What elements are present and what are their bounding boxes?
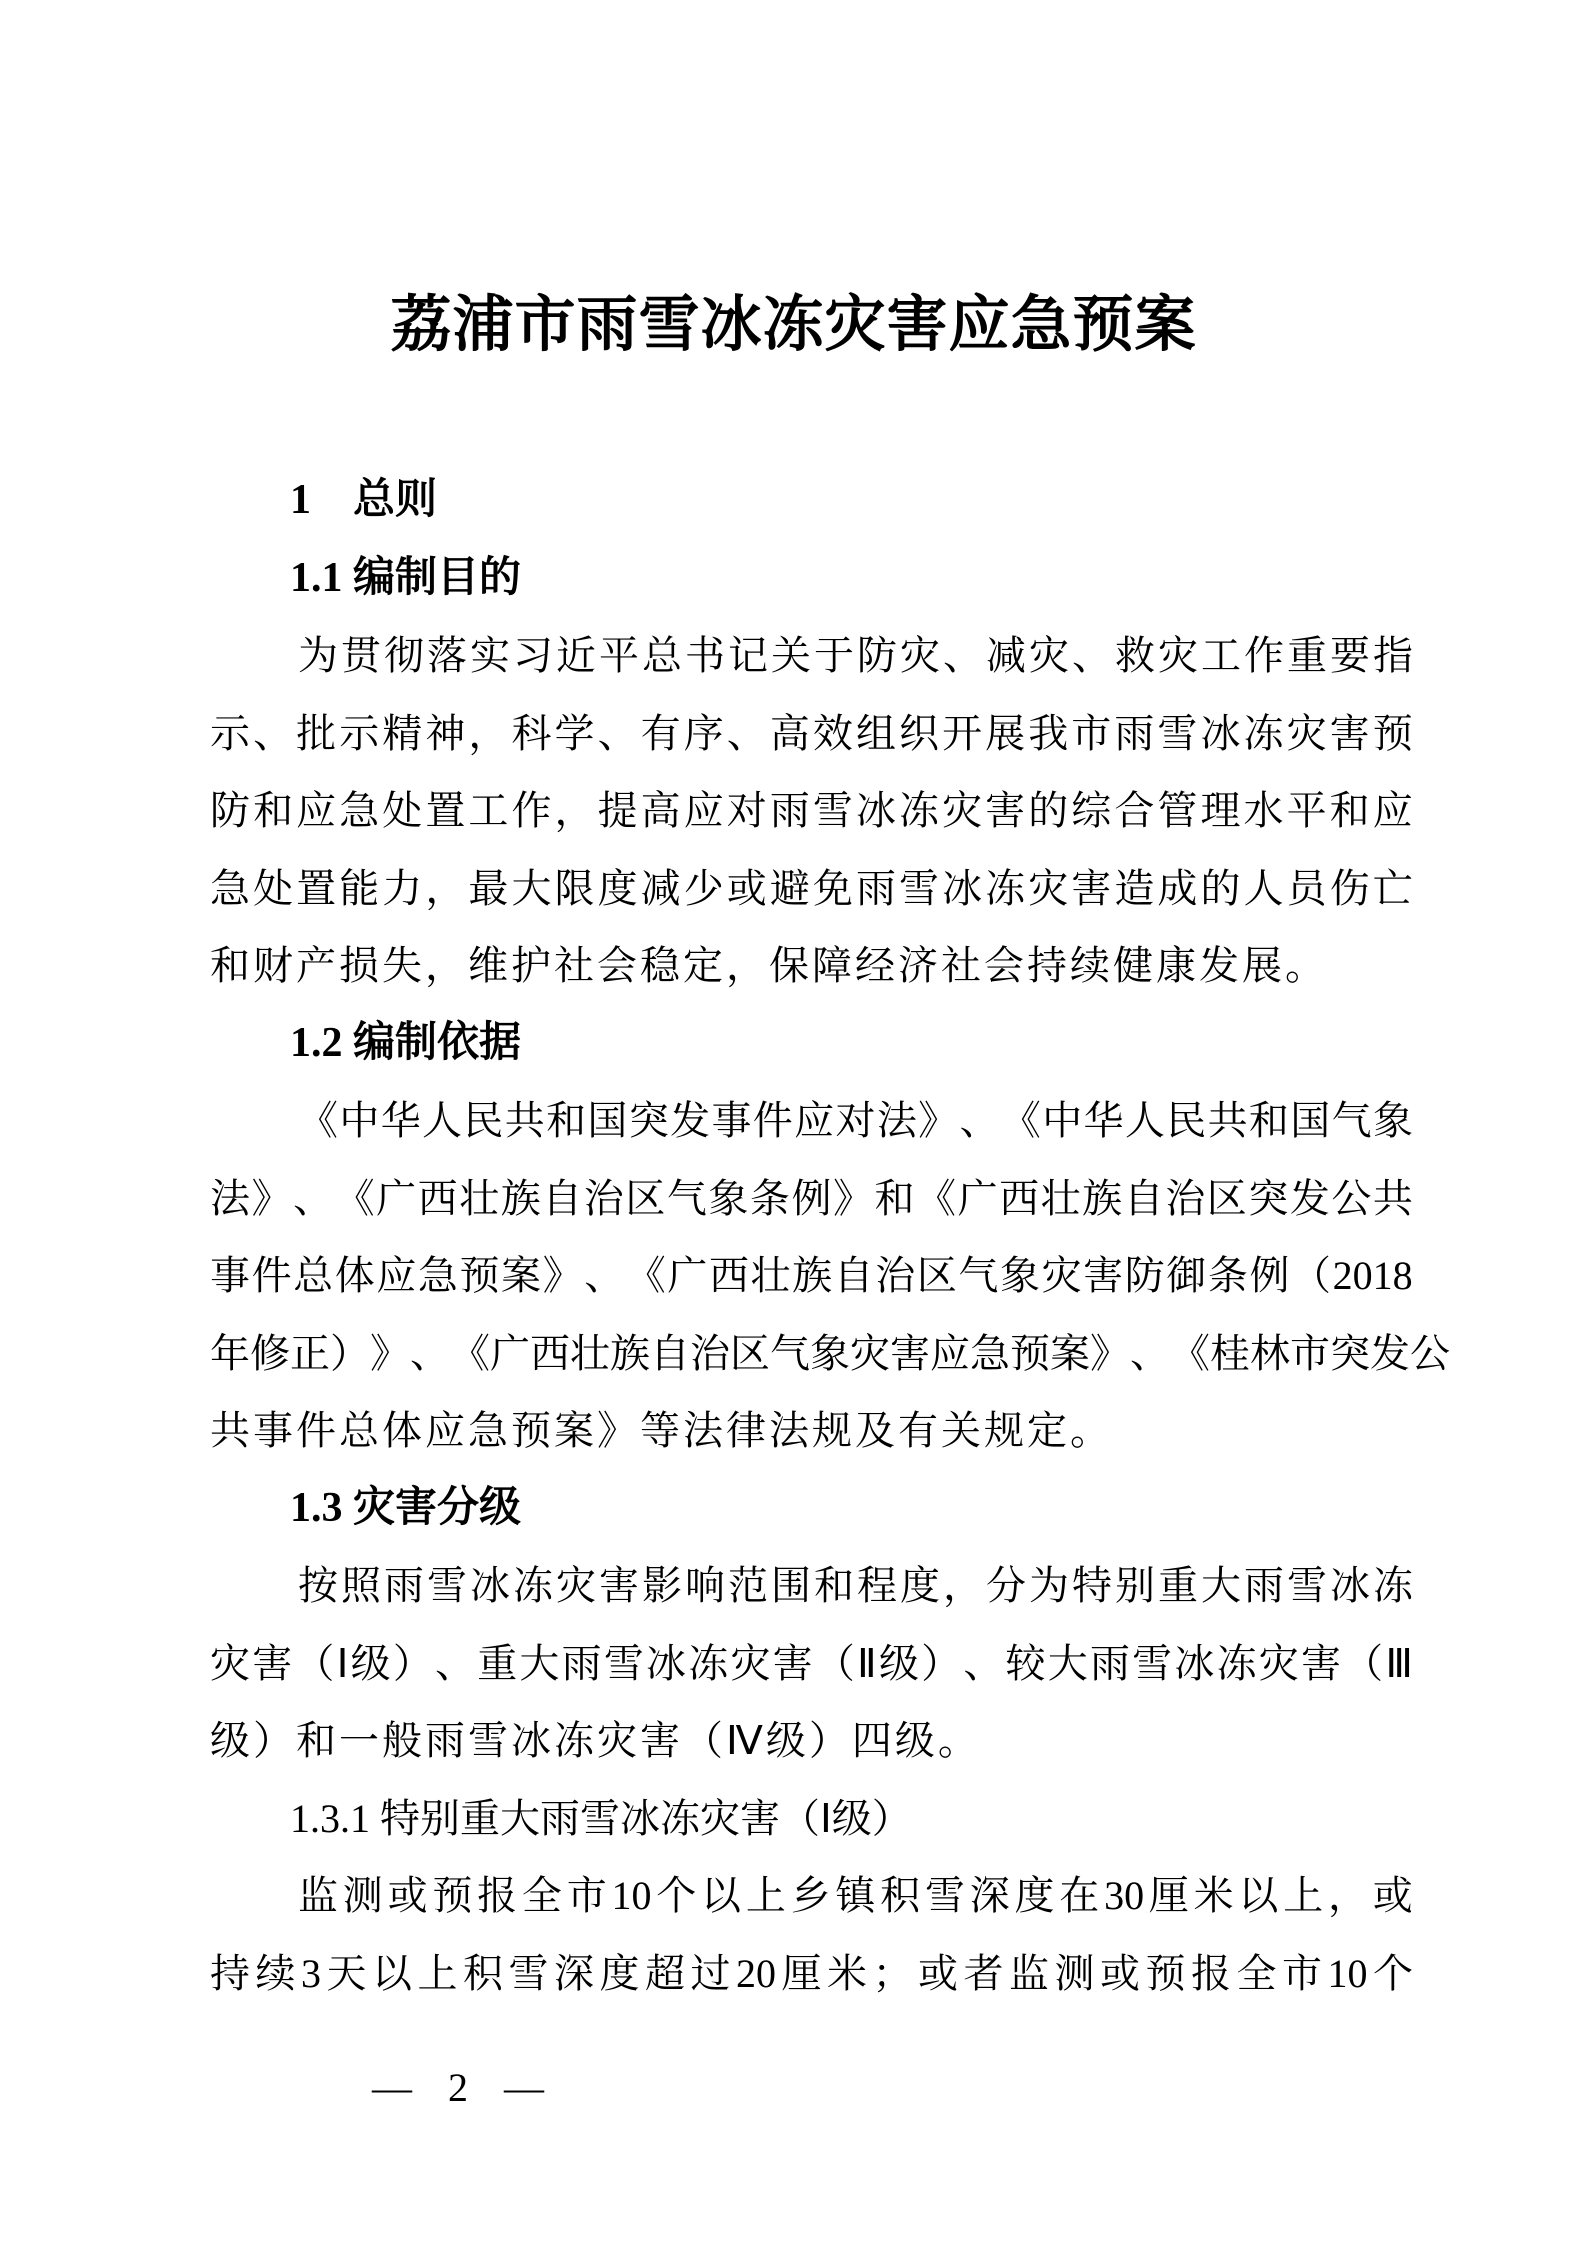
text-run: 天 bbox=[327, 1935, 367, 2013]
text-run: 上 bbox=[746, 1857, 786, 1935]
paragraph-line: 事件总体应急预案》、《广西壮族自治区气象灾害防御条例（2018 bbox=[210, 1237, 1413, 1315]
text-run: 害 bbox=[252, 1625, 292, 1703]
text-run: 年 bbox=[210, 1315, 250, 1393]
text-run: 雨 bbox=[1244, 1547, 1284, 1625]
text-run: 有 bbox=[641, 695, 681, 773]
text-run: 灾 bbox=[556, 1547, 596, 1625]
text-run: 个 bbox=[1373, 1935, 1413, 2013]
text-run: 气 bbox=[958, 1237, 998, 1315]
text-run: 突 bbox=[1330, 1315, 1370, 1393]
text-run: 雪 bbox=[509, 1935, 549, 2013]
text-run: 条 bbox=[750, 1160, 790, 1238]
text-run: 平 bbox=[599, 617, 639, 695]
text-run: 害 bbox=[1330, 695, 1370, 773]
text-run: 《 bbox=[1001, 1082, 1041, 1160]
text-run: 》 bbox=[1090, 1315, 1130, 1393]
paragraph-line: 防和应急处置工作，提高应对雨雪冰冻灾害的综合管理水平和应 bbox=[210, 772, 1413, 850]
text-run: 人 bbox=[1244, 850, 1284, 928]
text-run: ） bbox=[330, 1315, 370, 1393]
text-run: 处 bbox=[253, 850, 293, 928]
paragraph-line: 示、批示精神，科学、有序、高效组织开展我市雨雪冰冻灾害预 bbox=[210, 695, 1413, 773]
text-run: 30 bbox=[1104, 1857, 1144, 1935]
text-run: 西 bbox=[530, 1315, 570, 1393]
text-run: 作 bbox=[511, 772, 551, 850]
text-run: 区 bbox=[730, 1315, 770, 1393]
text-run: 冰 bbox=[942, 850, 982, 928]
text-run: 上 bbox=[1283, 1857, 1323, 1935]
text-run: 灾 bbox=[1028, 850, 1068, 928]
text-run: 国 bbox=[587, 1082, 627, 1160]
text-run: 或 bbox=[1100, 1935, 1140, 2013]
text-run: 国 bbox=[1290, 1082, 1330, 1160]
paragraph-line: 为贯彻落实习近平总书记关于防灾、减灾、救灾工作重要指 bbox=[210, 617, 1413, 695]
text-run: 雨 bbox=[770, 772, 810, 850]
text-run: 、 bbox=[960, 1082, 1000, 1160]
text-run: 气 bbox=[1332, 1082, 1372, 1160]
text-run: 实 bbox=[470, 617, 510, 695]
text-run: 区 bbox=[917, 1237, 957, 1315]
text-run: 或 bbox=[727, 850, 767, 928]
text-run: 应 bbox=[930, 1315, 970, 1393]
text-run: 于 bbox=[814, 617, 854, 695]
text-run: 程 bbox=[857, 1547, 897, 1625]
text-run: 过 bbox=[691, 1935, 731, 2013]
text-run: 广 bbox=[958, 1160, 998, 1238]
text-run: 贯 bbox=[341, 617, 381, 695]
text-run: 救 bbox=[1115, 617, 1155, 695]
text-run: 、 bbox=[293, 1160, 333, 1238]
text-run: 报 bbox=[1191, 1935, 1231, 2013]
text-run: 、 bbox=[410, 1315, 450, 1393]
text-run: ， bbox=[1328, 1857, 1368, 1935]
paragraph-line: 法》、《广西壮族自治区气象条例》和《广西壮族自治区突发公共 bbox=[210, 1160, 1413, 1238]
text-run: 或 bbox=[388, 1857, 428, 1935]
text-run: 示 bbox=[339, 695, 379, 773]
text-run: 指 bbox=[1373, 617, 1413, 695]
text-run: 和 bbox=[1330, 772, 1370, 850]
document-body: 1 总则1.1 编制目的为贯彻落实习近平总书记关于防灾、减灾、救灾工作重要指示、… bbox=[210, 462, 1413, 2012]
text-run: 提 bbox=[598, 772, 638, 850]
sub-section-heading: 1.3.1 特别重大雨雪冰冻灾害（Ⅰ级） bbox=[210, 1780, 1413, 1858]
text-run: 我 bbox=[1028, 695, 1068, 773]
text-run: 雨 bbox=[1090, 1625, 1130, 1703]
text-run: （ bbox=[815, 1625, 855, 1703]
text-run: 特 bbox=[1072, 1547, 1112, 1625]
text-run: 免 bbox=[813, 850, 853, 928]
text-run: 关 bbox=[771, 617, 811, 695]
text-run: 工 bbox=[468, 772, 508, 850]
text-run: 市 bbox=[1071, 695, 1111, 773]
text-run: 壮 bbox=[570, 1315, 610, 1393]
text-run: 级 bbox=[351, 1625, 391, 1703]
text-run: 、 bbox=[963, 1625, 1003, 1703]
text-run: 突 bbox=[629, 1082, 669, 1160]
text-run: 记 bbox=[728, 617, 768, 695]
text-run: 近 bbox=[556, 617, 596, 695]
text-run: 治 bbox=[875, 1237, 915, 1315]
text-run: 灾 bbox=[1287, 695, 1327, 773]
text-run: 重 bbox=[1158, 1547, 1198, 1625]
text-run: 冰 bbox=[1174, 1625, 1214, 1703]
text-run: 、 bbox=[584, 1237, 624, 1315]
text-run: 灾 bbox=[210, 1625, 250, 1703]
text-run: 雪 bbox=[1132, 1625, 1172, 1703]
text-run: 深 bbox=[970, 1857, 1010, 1935]
text-run: 乡 bbox=[791, 1857, 831, 1935]
text-run: Ⅲ bbox=[1385, 1625, 1413, 1703]
text-run: 3 bbox=[301, 1935, 321, 2013]
text-run: 的 bbox=[1028, 772, 1068, 850]
text-run: 族 bbox=[610, 1315, 650, 1393]
text-run: 按 bbox=[298, 1547, 338, 1625]
text-run: 神 bbox=[425, 695, 465, 773]
text-run: 大 bbox=[1201, 1547, 1241, 1625]
text-run: 共 bbox=[1373, 1160, 1413, 1238]
text-run: 照 bbox=[341, 1547, 381, 1625]
text-run: 雪 bbox=[899, 850, 939, 928]
section-heading: 1 总则 bbox=[210, 462, 1413, 540]
text-run: 急 bbox=[339, 772, 379, 850]
text-run: 治 bbox=[1165, 1160, 1205, 1238]
text-run: 冰 bbox=[1200, 695, 1240, 773]
text-run: 民 bbox=[463, 1082, 503, 1160]
text-run: 体 bbox=[335, 1237, 375, 1315]
text-run: 减 bbox=[986, 617, 1026, 695]
text-run: 件 bbox=[252, 1237, 292, 1315]
text-run: 力 bbox=[382, 850, 422, 928]
text-run: 林 bbox=[1250, 1315, 1290, 1393]
paragraph-line: 持续3天以上积雪深度超过20厘米；或者监测或预报全市10个 bbox=[210, 1935, 1413, 2013]
text-run: 事 bbox=[711, 1082, 751, 1160]
text-run: 人 bbox=[1125, 1082, 1165, 1160]
text-run: 高 bbox=[770, 695, 810, 773]
text-run: 雪 bbox=[427, 1547, 467, 1625]
text-run: 灾 bbox=[730, 1625, 770, 1703]
text-run: 族 bbox=[1082, 1160, 1122, 1238]
text-run: 《 bbox=[1170, 1315, 1210, 1393]
text-run: 冰 bbox=[1330, 1547, 1370, 1625]
text-run: 批 bbox=[296, 695, 336, 773]
text-run: 测 bbox=[343, 1857, 383, 1935]
text-run: 、 bbox=[253, 695, 293, 773]
text-run: 广 bbox=[490, 1315, 530, 1393]
text-run: 个 bbox=[656, 1857, 696, 1935]
text-run: 件 bbox=[753, 1082, 793, 1160]
text-run: 民 bbox=[1166, 1082, 1206, 1160]
page-number: — 2 — bbox=[372, 2065, 551, 2110]
text-run: 为 bbox=[1029, 1547, 1069, 1625]
text-run: ； bbox=[873, 1935, 913, 2013]
text-run: 组 bbox=[856, 695, 896, 773]
text-run: 公 bbox=[1331, 1160, 1371, 1238]
text-run: 象 bbox=[708, 1160, 748, 1238]
text-run: 对 bbox=[835, 1082, 875, 1160]
text-run: 最 bbox=[468, 850, 508, 928]
text-run: 以 bbox=[1238, 1857, 1278, 1935]
text-run: ， bbox=[468, 695, 508, 773]
text-run: 发 bbox=[670, 1082, 710, 1160]
text-run: 害 bbox=[1083, 1237, 1123, 1315]
text-run: ） bbox=[393, 1625, 433, 1703]
text-run: 市 bbox=[567, 1857, 607, 1935]
text-run: 灾 bbox=[850, 1315, 890, 1393]
text-run: 以 bbox=[372, 1935, 412, 2013]
text-run: 冻 bbox=[1244, 695, 1284, 773]
text-run: 或 bbox=[918, 1935, 958, 2013]
text-run: 正 bbox=[290, 1315, 330, 1393]
text-run: 大 bbox=[519, 1625, 559, 1703]
text-run: 学 bbox=[555, 695, 595, 773]
text-run: 预 bbox=[1373, 695, 1413, 773]
text-run: 壮 bbox=[1041, 1160, 1081, 1238]
text-run: 和 bbox=[546, 1082, 586, 1160]
text-run: 度 bbox=[1015, 1857, 1055, 1935]
text-run: 积 bbox=[880, 1857, 920, 1935]
text-run: 处 bbox=[382, 772, 422, 850]
text-run: 自 bbox=[834, 1237, 874, 1315]
text-run: 族 bbox=[501, 1160, 541, 1238]
text-run: 、 bbox=[1072, 617, 1112, 695]
text-run: 在 bbox=[1059, 1857, 1099, 1935]
text-run: 雨 bbox=[1114, 695, 1154, 773]
paragraph-line: 级）和一般雨雪冰冻灾害（Ⅳ级）四级。 bbox=[210, 1702, 1413, 1780]
text-run: 雪 bbox=[1157, 695, 1197, 773]
text-run: ， bbox=[425, 850, 465, 928]
text-run: 急 bbox=[970, 1315, 1010, 1393]
text-run: 高 bbox=[641, 772, 681, 850]
text-run: 雪 bbox=[925, 1857, 965, 1935]
text-run: 效 bbox=[813, 695, 853, 773]
text-run: 冻 bbox=[899, 772, 939, 850]
text-run: 大 bbox=[511, 850, 551, 928]
paragraph-line: 急处置能力，最大限度减少或避免雨雪冰冻灾害造成的人员伤亡 bbox=[210, 850, 1413, 928]
text-run: 例 bbox=[1249, 1237, 1289, 1315]
text-run: 和 bbox=[875, 1160, 915, 1238]
text-run: 害 bbox=[1301, 1625, 1341, 1703]
text-run: 区 bbox=[625, 1160, 665, 1238]
text-run: （ bbox=[294, 1625, 334, 1703]
text-run: 气 bbox=[770, 1315, 810, 1393]
text-run: 御 bbox=[1166, 1237, 1206, 1315]
text-run: 范 bbox=[728, 1547, 768, 1625]
text-run: 冻 bbox=[1373, 1547, 1413, 1625]
text-run: 事 bbox=[210, 1237, 250, 1315]
text-run: 气 bbox=[667, 1160, 707, 1238]
text-run: 避 bbox=[770, 850, 810, 928]
text-run: 彻 bbox=[384, 617, 424, 695]
document-title: 荔浦市雨雪冰冻灾害应急预案 bbox=[0, 288, 1587, 364]
text-run: 、 bbox=[598, 695, 638, 773]
text-run: 壮 bbox=[751, 1237, 791, 1315]
text-run: 少 bbox=[684, 850, 724, 928]
text-run: 米 bbox=[1194, 1857, 1234, 1935]
text-run: 》 bbox=[543, 1237, 583, 1315]
text-run: 害 bbox=[599, 1547, 639, 1625]
text-run: 重 bbox=[477, 1625, 517, 1703]
text-run: 水 bbox=[1244, 772, 1284, 850]
text-run: 冰 bbox=[470, 1547, 510, 1625]
text-run: 自 bbox=[650, 1315, 690, 1393]
text-run: 《 bbox=[298, 1082, 338, 1160]
text-run: 》 bbox=[370, 1315, 410, 1393]
text-run: 预 bbox=[1010, 1315, 1050, 1393]
text-run: 害 bbox=[773, 1625, 813, 1703]
text-run: 急 bbox=[210, 850, 250, 928]
text-run: 综 bbox=[1071, 772, 1111, 850]
text-run: 者 bbox=[964, 1935, 1004, 2013]
text-run: 雪 bbox=[604, 1625, 644, 1703]
text-run: 2018 bbox=[1333, 1237, 1413, 1315]
text-run: 中 bbox=[1042, 1082, 1082, 1160]
text-run: 度 bbox=[600, 1935, 640, 2013]
text-run: 雪 bbox=[813, 772, 853, 850]
text-run: 深 bbox=[554, 1935, 594, 2013]
text-run: 灾 bbox=[1158, 617, 1198, 695]
text-run: 大 bbox=[1048, 1625, 1088, 1703]
text-run: 上 bbox=[418, 1935, 458, 2013]
text-run: 厘 bbox=[782, 1935, 822, 2013]
text-run: 冻 bbox=[513, 1547, 553, 1625]
text-run: 灾 bbox=[1259, 1625, 1299, 1703]
text-run: 亡 bbox=[1373, 850, 1413, 928]
text-run: 防 bbox=[210, 772, 250, 850]
text-run: 》 bbox=[918, 1082, 958, 1160]
text-run: 冻 bbox=[1217, 1625, 1257, 1703]
text-run: 治 bbox=[584, 1160, 624, 1238]
text-run: 持 bbox=[210, 1935, 250, 2013]
text-run: 自 bbox=[542, 1160, 582, 1238]
text-run: 影 bbox=[642, 1547, 682, 1625]
text-run: 案 bbox=[501, 1237, 541, 1315]
text-run: 市 bbox=[1282, 1935, 1322, 2013]
text-run: 西 bbox=[709, 1237, 749, 1315]
text-run: 级 bbox=[879, 1625, 919, 1703]
document-page: 荔浦市雨雪冰冻灾害应急预案 1 总则1.1 编制目的为贯彻落实习近平总书记关于防… bbox=[0, 0, 1587, 2245]
text-run: 全 bbox=[1237, 1935, 1277, 2013]
text-run: 监 bbox=[1009, 1935, 1049, 2013]
text-run: ） bbox=[921, 1625, 961, 1703]
text-run: 超 bbox=[645, 1935, 685, 2013]
paragraph-line: 按照雨雪冰冻灾害影响范围和程度，分为特别重大雨雪冰冻 bbox=[210, 1547, 1413, 1625]
text-run: 害 bbox=[985, 772, 1025, 850]
text-run: 造 bbox=[1114, 850, 1154, 928]
text-run: 害 bbox=[1071, 850, 1111, 928]
text-run: （ bbox=[1291, 1237, 1331, 1315]
text-run: 壮 bbox=[459, 1160, 499, 1238]
text-run: 灾 bbox=[1029, 617, 1069, 695]
text-run: 和 bbox=[1249, 1082, 1289, 1160]
text-run: 急 bbox=[418, 1237, 458, 1315]
text-run: 分 bbox=[986, 1547, 1026, 1625]
text-run: 平 bbox=[1287, 772, 1327, 850]
text-run: 应 bbox=[296, 772, 336, 850]
text-run: Ⅰ bbox=[337, 1625, 349, 1703]
text-run: 条 bbox=[1208, 1237, 1248, 1315]
text-run: 管 bbox=[1157, 772, 1197, 850]
text-run: 工 bbox=[1201, 617, 1241, 695]
section-heading: 1.2 编制依据 bbox=[210, 1005, 1413, 1083]
text-run: 突 bbox=[1248, 1160, 1288, 1238]
text-run: 厘 bbox=[1149, 1857, 1189, 1935]
text-run: 灾 bbox=[900, 617, 940, 695]
text-run: 、 bbox=[1130, 1315, 1170, 1393]
text-run: 作 bbox=[1244, 617, 1284, 695]
text-run: ， bbox=[555, 772, 595, 850]
text-run: 精 bbox=[382, 695, 422, 773]
text-run: 《 bbox=[450, 1315, 490, 1393]
text-run: 华 bbox=[381, 1082, 421, 1160]
text-run: 合 bbox=[1114, 772, 1154, 850]
text-run: 测 bbox=[1055, 1935, 1095, 2013]
text-run: 序 bbox=[684, 695, 724, 773]
text-run: 续 bbox=[256, 1935, 296, 2013]
text-run: 法 bbox=[877, 1082, 917, 1160]
text-run: 》 bbox=[252, 1160, 292, 1238]
text-run: 习 bbox=[513, 617, 553, 695]
text-run: 西 bbox=[418, 1160, 458, 1238]
text-run: 人 bbox=[422, 1082, 462, 1160]
text-run: 雨 bbox=[562, 1625, 602, 1703]
text-run: 或 bbox=[1373, 1857, 1413, 1935]
text-run: 共 bbox=[1208, 1082, 1248, 1160]
text-run: 公 bbox=[1410, 1315, 1450, 1393]
text-run: 和 bbox=[253, 772, 293, 850]
text-run: 例 bbox=[791, 1160, 831, 1238]
text-run: 雪 bbox=[1287, 1547, 1327, 1625]
text-run: 10 bbox=[1328, 1935, 1368, 2013]
text-run: 书 bbox=[685, 617, 725, 695]
text-run: 积 bbox=[463, 1935, 503, 2013]
text-run: 成 bbox=[1157, 850, 1197, 928]
text-run: 报 bbox=[477, 1857, 517, 1935]
text-run: 》 bbox=[833, 1160, 873, 1238]
text-run: 灾 bbox=[942, 772, 982, 850]
text-run: 总 bbox=[293, 1237, 333, 1315]
text-run: 预 bbox=[1146, 1935, 1186, 2013]
text-run: 度 bbox=[598, 850, 638, 928]
text-run: 发 bbox=[1290, 1160, 1330, 1238]
text-run: 响 bbox=[685, 1547, 725, 1625]
text-run: 雨 bbox=[384, 1547, 424, 1625]
text-run: 法 bbox=[210, 1160, 250, 1238]
text-run: 防 bbox=[857, 617, 897, 695]
text-run: 案 bbox=[1050, 1315, 1090, 1393]
text-run: 重 bbox=[1287, 617, 1327, 695]
text-run: 10 bbox=[611, 1857, 651, 1935]
text-run: 防 bbox=[1125, 1237, 1165, 1315]
text-run: 雨 bbox=[856, 850, 896, 928]
text-run: 能 bbox=[339, 850, 379, 928]
text-run: 总 bbox=[642, 617, 682, 695]
text-run: 华 bbox=[1084, 1082, 1124, 1160]
text-run: 预 bbox=[432, 1857, 472, 1935]
text-run: 和 bbox=[814, 1547, 854, 1625]
text-run: 开 bbox=[942, 695, 982, 773]
text-run: 对 bbox=[727, 772, 767, 850]
text-run: 要 bbox=[1330, 617, 1370, 695]
text-run: Ⅱ bbox=[857, 1625, 877, 1703]
text-run: 市 bbox=[1290, 1315, 1330, 1393]
text-run: 度 bbox=[900, 1547, 940, 1625]
text-run: （ bbox=[1343, 1625, 1383, 1703]
text-run: 应 bbox=[794, 1082, 834, 1160]
text-run: 象 bbox=[810, 1315, 850, 1393]
text-run: 象 bbox=[1000, 1237, 1040, 1315]
text-run: 《 bbox=[626, 1237, 666, 1315]
text-run: 伤 bbox=[1330, 850, 1370, 928]
section-heading: 1.1 编制目的 bbox=[210, 540, 1413, 618]
text-run: 、 bbox=[435, 1625, 475, 1703]
